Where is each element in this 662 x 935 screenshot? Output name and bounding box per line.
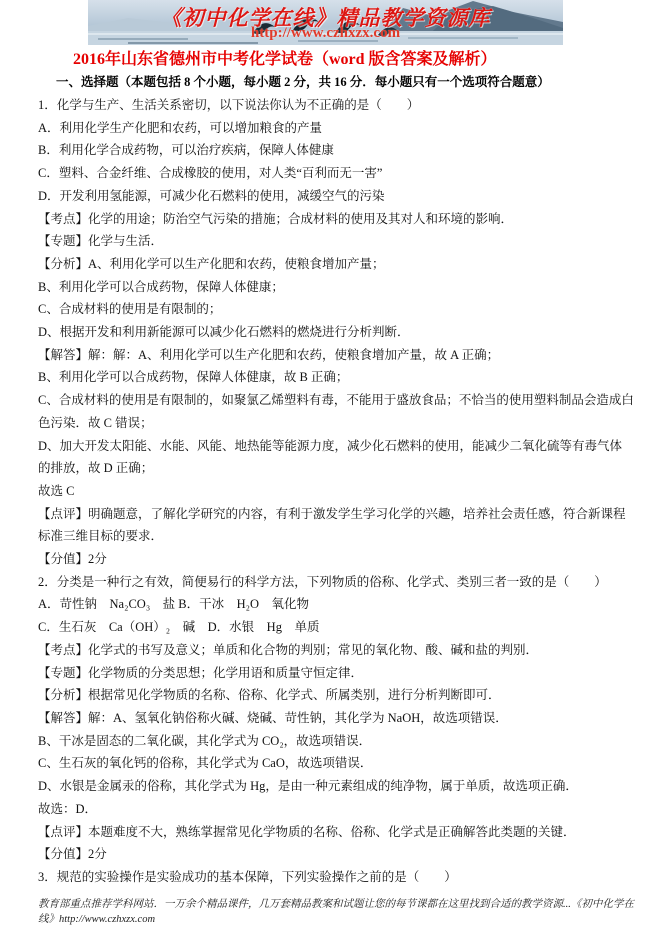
paragraph: 故选：D． bbox=[38, 798, 634, 821]
paragraph: 【专题】化学物质的分类思想；化学用语和质量守恒定律． bbox=[38, 662, 634, 685]
footer-text: 教育部重点推荐学科网站．一万余个精品课件，几万套精品教案和试题让您的每节课都在这… bbox=[38, 899, 634, 925]
paragraph: C．塑料、合金纤维、合成橡胶的使用，对人类“百利而无一害” bbox=[38, 162, 634, 185]
paragraph: 【解答】解：A、氢氧化钠俗称火碱、烧碱、苛性钠，其化学为 NaOH，故选项错误． bbox=[38, 707, 634, 730]
paragraph: 3．规范的实验操作是实验成功的基本保障，下列实验操作之前的是（ ） bbox=[38, 866, 634, 889]
paragraph: B．利用化学合成药物，可以治疗疾病，保障人体健康 bbox=[38, 139, 634, 162]
paragraph: 1．化学与生产、生活关系密切，以下说法你认为不正确的是（ ） bbox=[38, 94, 634, 117]
paragraph-list: 1．化学与生产、生活关系密切，以下说法你认为不正确的是（ ）A．利用化学生产化肥… bbox=[38, 94, 634, 889]
paragraph: 故选 C bbox=[38, 480, 634, 503]
paragraph: 【点评】本题难度不大，熟练掌握常见化学物质的名称、俗称、化学式是正确解答此类题的… bbox=[38, 821, 634, 844]
paragraph: B、干冰是固态的二氧化碳，其化学式为 CO₂，故选项错误． bbox=[38, 730, 634, 753]
site-banner: 《初中化学在线》精品教学资源库 http://www.czhxzx.com bbox=[88, 0, 563, 45]
banner-site-url: http://www.czhxzx.com bbox=[88, 25, 563, 42]
document-content: 2016年山东省德州市中考化学试卷（word 版含答案及解析） 一、选择题（本题… bbox=[38, 45, 634, 889]
paragraph: A．苛性钠 Na₂CO₃ 盐 B．干冰 H₂O 氧化物 bbox=[38, 593, 634, 616]
paragraph: C、合成材料的使用是有限制的； bbox=[38, 298, 634, 321]
exam-document-page: 《初中化学在线》精品教学资源库 http://www.czhxzx.com 20… bbox=[0, 0, 662, 935]
paragraph: 【考点】化学的用途；防治空气污染的措施；合成材料的使用及其对人和环境的影响． bbox=[38, 208, 634, 231]
paragraph: 【考点】化学式的书写及意义；单质和化合物的判别；常见的氧化物、酸、碱和盐的判别． bbox=[38, 639, 634, 662]
paragraph: C．生石灰 Ca（OH）₂ 碱 D．水银 Hg 单质 bbox=[38, 616, 634, 639]
paragraph: D、加大开发太阳能、水能、风能、地热能等能源力度，减少化石燃料的使用，能减少二氧… bbox=[38, 435, 634, 480]
paragraph: D、根据开发和利用新能源可以减少化石燃料的燃烧进行分析判断． bbox=[38, 321, 634, 344]
paragraph: D．开发利用氢能源，可减少化石燃料的使用，减缓空气的污染 bbox=[38, 185, 634, 208]
page-footer: 教育部重点推荐学科网站．一万余个精品课件，几万套精品教案和试题让您的每节课都在这… bbox=[38, 898, 634, 927]
paragraph: 【解答】解：解：A、利用化学可以生产化肥和农药，使粮食增加产量，故 A 正确； bbox=[38, 344, 634, 367]
paragraph: C、合成材料的使用是有限制的，如聚氯乙烯塑料有毒，不能用于盛放食品；不恰当的使用… bbox=[38, 389, 634, 434]
paragraph: B、利用化学可以合成药物，保障人体健康，故 B 正确； bbox=[38, 366, 634, 389]
paragraph: 【分析】A、利用化学可以生产化肥和农药，使粮食增加产量； bbox=[38, 253, 634, 276]
paragraph: 【分值】2分 bbox=[38, 843, 634, 866]
paragraph: 【点评】明确题意，了解化学研究的内容，有利于激发学生学习化学的兴趣，培养社会责任… bbox=[38, 503, 634, 548]
section-heading: 一、选择题（本题包括 8 个小题，每小题 2 分，共 16 分．每小题只有一个选… bbox=[56, 71, 634, 94]
paragraph: B、利用化学可以合成药物，保障人体健康； bbox=[38, 276, 634, 299]
document-title: 2016年山东省德州市中考化学试卷（word 版含答案及解析） bbox=[73, 49, 634, 71]
paragraph: D、水银是金属汞的俗称，其化学式为 Hg，是由一种元素组成的纯净物，属于单质，故… bbox=[38, 775, 634, 798]
paragraph: 【分值】2分 bbox=[38, 548, 634, 571]
paragraph: C、生石灰的氧化钙的俗称，其化学式为 CaO，故选项错误． bbox=[38, 752, 634, 775]
paragraph: 【专题】化学与生活． bbox=[38, 230, 634, 253]
paragraph: 【分析】根据常见化学物质的名称、俗称、化学式、所属类别，进行分析判断即可． bbox=[38, 684, 634, 707]
paragraph: A．利用化学生产化肥和农药，可以增加粮食的产量 bbox=[38, 117, 634, 140]
paragraph: 2．分类是一种行之有效，简便易行的科学方法，下列物质的俗称、化学式、类别三者一致… bbox=[38, 571, 634, 594]
